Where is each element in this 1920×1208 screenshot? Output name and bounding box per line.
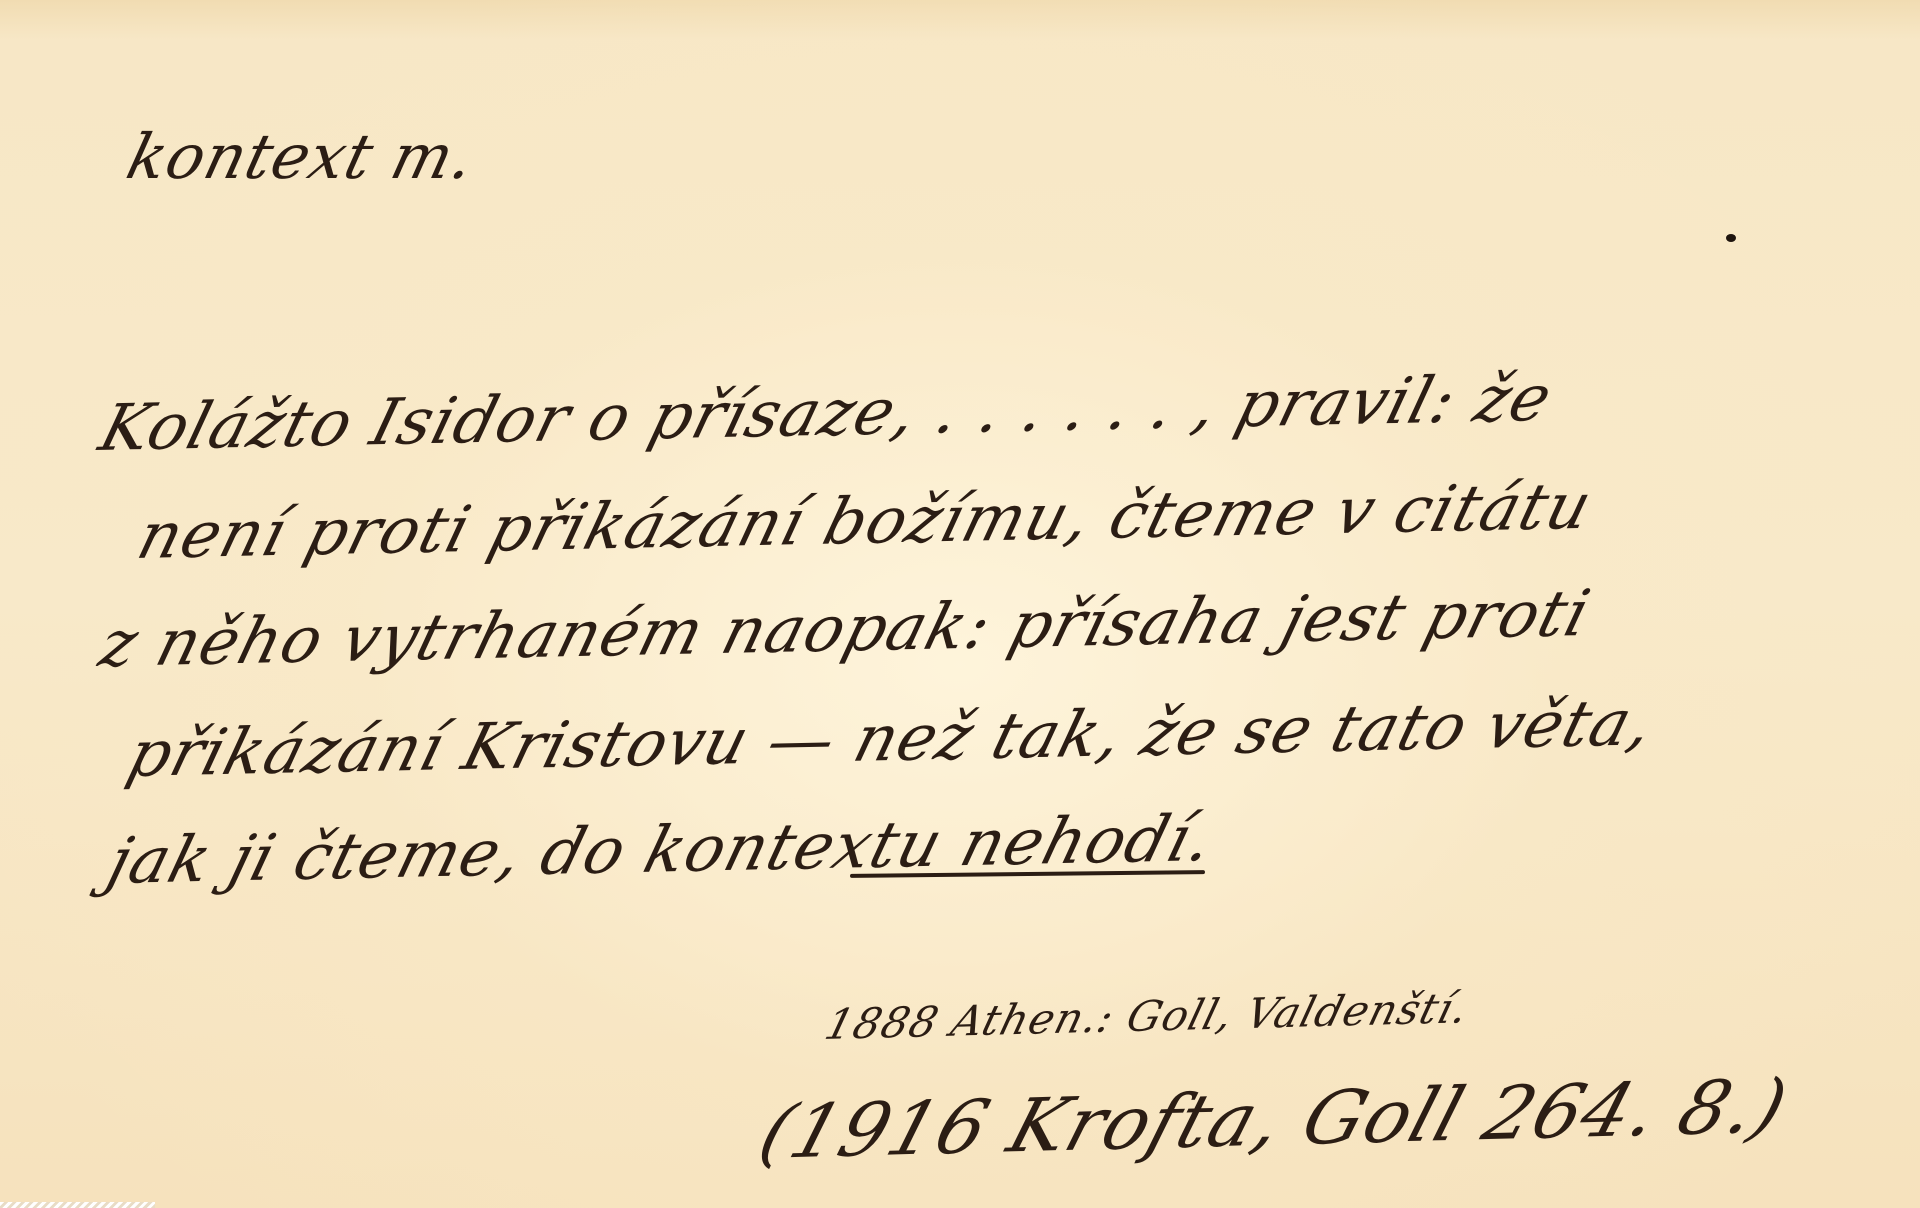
archive-slip: kontext m. Kolážto Isidor o přísaze, . .…	[0, 0, 1920, 1208]
body-line-1: Kolážto Isidor o přísaze, . . . . . . , …	[92, 362, 1560, 466]
citation: (1916 Krofta, Goll 264. 8.)	[750, 1063, 1797, 1176]
body-line-2: není proti přikázání božímu, čteme v cit…	[130, 470, 1600, 574]
ink-spot	[1726, 234, 1736, 242]
headword: kontext m.	[120, 120, 483, 193]
body-line-4: přikázání Kristovu — než tak, že se tato…	[120, 686, 1662, 792]
scan-edge-mark	[0, 1202, 155, 1208]
body-line-5: jak ji čteme, do kontextu nehodí.	[100, 802, 1221, 899]
source-note: 1888 Athen.: Goll, Valdenští.	[820, 983, 1474, 1049]
body-line-3: z něho vytrhaném naopak: přísaha jest pr…	[92, 577, 1598, 682]
